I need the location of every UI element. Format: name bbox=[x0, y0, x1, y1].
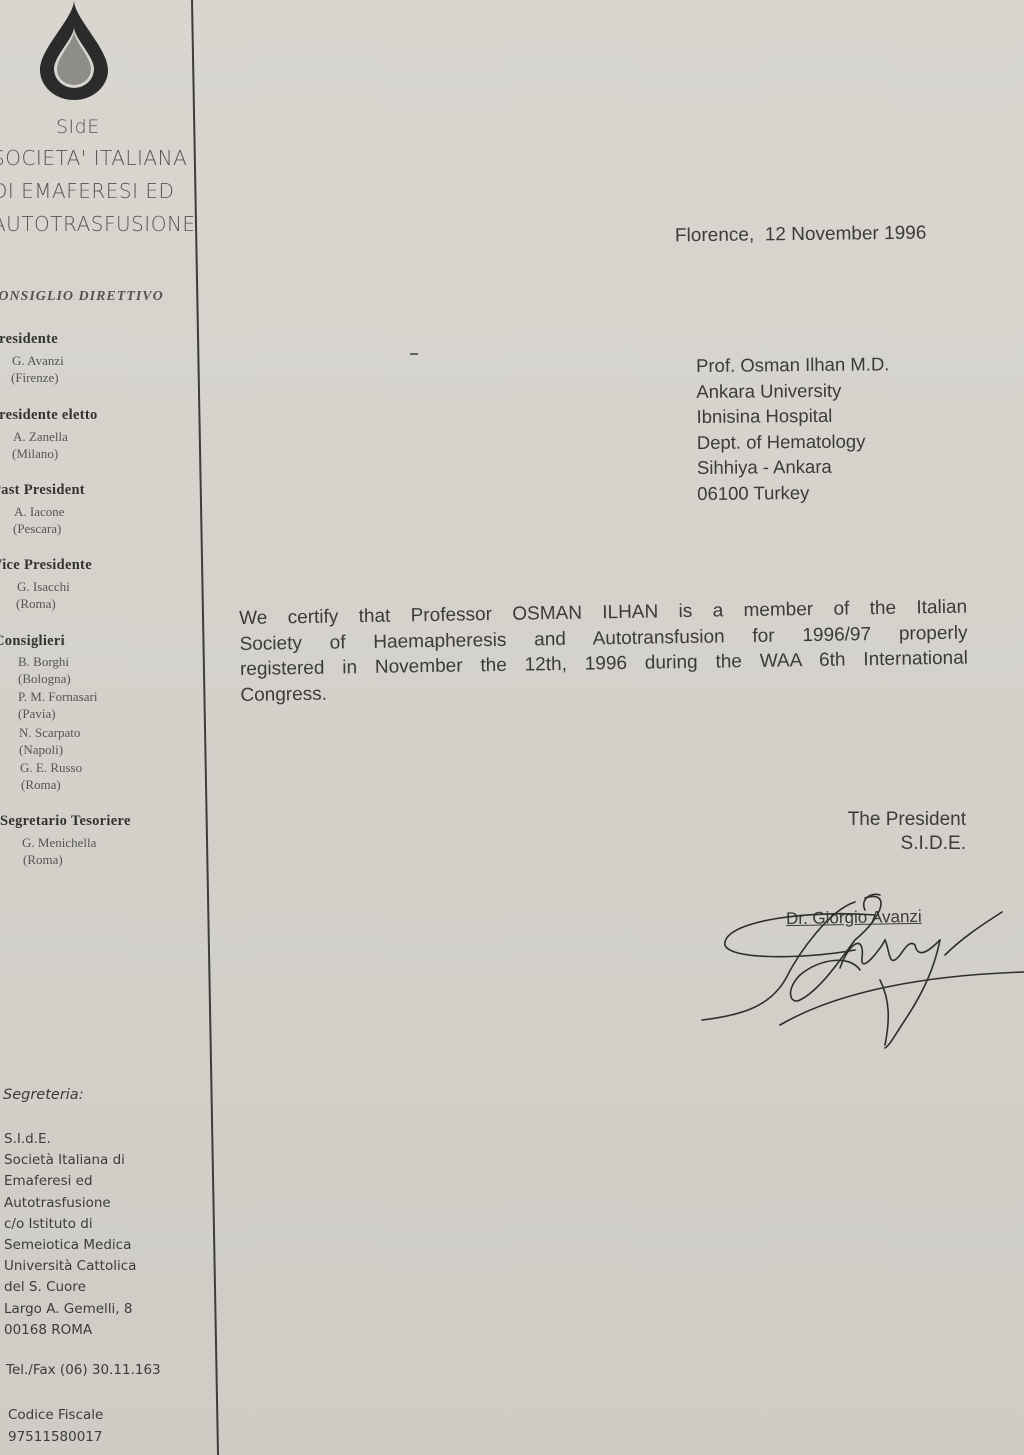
board-member-name: G. Avanzi bbox=[12, 352, 64, 369]
board-role-past-president: Past President bbox=[0, 482, 85, 499]
board-member-name: G. E. Russo bbox=[20, 759, 82, 776]
board-role-treasurer: Segretario Tesoriere bbox=[0, 813, 131, 830]
board-role-president-elect: Presidente eletto bbox=[0, 407, 98, 424]
recipient-address: Prof. Osman Ilhan M.D. Ankara University… bbox=[696, 351, 891, 506]
org-abbreviation: SIdE bbox=[56, 116, 100, 138]
address-line: del S. Cuore bbox=[4, 1277, 136, 1298]
address-line: Autotrasfusione bbox=[4, 1193, 136, 1214]
secretariat-address: S.I.d.E. Società Italiana di Emaferesi e… bbox=[4, 1129, 136, 1341]
closing-title: The President bbox=[848, 808, 966, 832]
recipient-line: Ibnisina Hospital bbox=[696, 402, 890, 429]
closing-org: S.I.D.E. bbox=[848, 832, 966, 856]
secretariat-title: Segreteria: bbox=[3, 1085, 84, 1106]
recipient-line: Ankara University bbox=[696, 377, 890, 404]
board-member-city: (Roma) bbox=[21, 776, 61, 793]
board-member-name: G. Menichella bbox=[22, 834, 96, 851]
address-line: Largo A. Gemelli, 8 bbox=[4, 1299, 136, 1320]
address-line: 00168 ROMA bbox=[4, 1320, 136, 1341]
board-member-name: P. M. Fornasari bbox=[18, 688, 97, 705]
board-member-name: B. Borghi bbox=[18, 653, 69, 670]
board-member-name: A. Zanella bbox=[13, 428, 68, 445]
board-role-president: Presidente bbox=[0, 331, 58, 348]
address-line: c/o Istituto di bbox=[4, 1214, 136, 1235]
secretariat-phone: Tel./Fax (06) 30.11.163 bbox=[6, 1360, 161, 1381]
board-member-name: A. Iacone bbox=[14, 503, 65, 520]
recipient-line: Sihhiya - Ankara bbox=[697, 454, 891, 481]
address-line: S.I.d.E. bbox=[4, 1129, 136, 1150]
address-line: Semeiotica Medica bbox=[4, 1235, 136, 1256]
board-title: CONSIGLIO DIRETTIVO bbox=[0, 289, 164, 305]
recipient-line: 06100 Turkey bbox=[697, 479, 891, 506]
board-member-name: N. Scarpato bbox=[19, 724, 80, 741]
recipient-line: Prof. Osman Ilhan M.D. bbox=[696, 351, 890, 378]
org-name-line-3: AUTOTRASFUSIONE bbox=[0, 212, 196, 236]
recipient-line: Dept. of Hematology bbox=[697, 428, 891, 455]
signature bbox=[690, 880, 1024, 1060]
board-member-name: G. Isacchi bbox=[17, 578, 70, 595]
board-member-city: (Bologna) bbox=[18, 670, 71, 687]
closing-block: The President S.I.D.E. bbox=[848, 808, 966, 856]
address-line: Università Cattolica bbox=[4, 1256, 136, 1277]
board-member-city: (Roma) bbox=[23, 851, 63, 868]
board-role-councillors: Consiglieri bbox=[0, 633, 65, 650]
board-member-city: (Firenze) bbox=[11, 369, 59, 386]
board-member-city: (Pavia) bbox=[18, 705, 56, 722]
fiscal-code-label: Codice Fiscale bbox=[8, 1405, 103, 1426]
board-member-city: (Napoli) bbox=[19, 741, 63, 758]
board-role-vice-president: Vice Presidente bbox=[0, 557, 92, 574]
org-name-line-1: SOCIETA' ITALIANA bbox=[0, 146, 187, 170]
blood-drop-icon bbox=[38, 0, 110, 100]
board-member-city: (Roma) bbox=[16, 595, 56, 612]
ink-mark bbox=[410, 353, 418, 355]
address-line: Società Italiana di bbox=[4, 1150, 136, 1171]
board-member-city: (Milano) bbox=[12, 445, 58, 462]
fiscal-code-value: 97511580017 bbox=[8, 1427, 102, 1448]
address-line: Emaferesi ed bbox=[4, 1171, 136, 1192]
board-member-city: (Pescara) bbox=[13, 520, 61, 537]
org-name-line-2: DI EMAFERESI ED bbox=[0, 179, 174, 203]
certification-paragraph: We certify that Professor OSMAN ILHAN is… bbox=[239, 595, 969, 708]
letter-date: Florence, 12 November 1996 bbox=[675, 223, 927, 248]
